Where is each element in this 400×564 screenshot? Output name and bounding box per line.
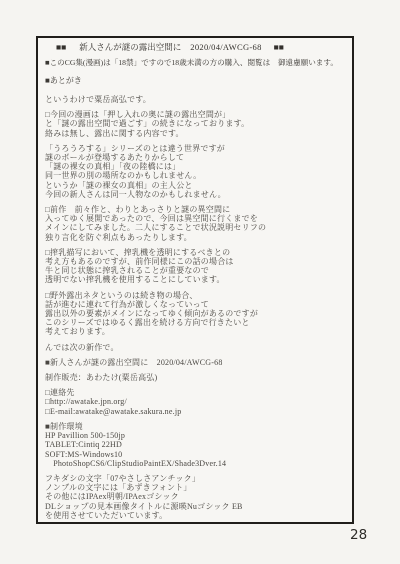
title-header: ■■新人さんが謎の露出空間に2020/04/AWCG-68■■ bbox=[45, 42, 347, 52]
text-line: メインにしてみました。二人にすることで状況説明セリフの bbox=[45, 223, 347, 232]
text-line: というわけで粟岳高弘です。 bbox=[45, 95, 347, 104]
paragraph: ■制作環境HP Pavillion 500-150jpTABLET:Cintiq… bbox=[45, 422, 347, 468]
text-line: ノンブルの文字には「あずきフォント」 bbox=[45, 483, 347, 492]
text-line: □前作 前々作と、わりとあっさりと謎の異空間に bbox=[45, 205, 347, 214]
date-code: 2020/04/AWCG-68 bbox=[190, 42, 261, 52]
text-line: ■新人さんが謎の露出空間に 2020/04/AWCG-68 bbox=[45, 358, 347, 367]
text-line: 「うろうろする」シリーズのとは違う世界ですが bbox=[45, 144, 347, 153]
text-line: んでは次の新作で。 bbox=[45, 343, 347, 352]
paragraph: □前作 前々作と、わりとあっさりと謎の異空間に入ってゆく展開であったので、今回は… bbox=[45, 205, 347, 242]
text-line: 考えております。 bbox=[45, 327, 347, 336]
age-restriction-notice: ■このCG集(漫画)は「18禁」ですので18歳未満の方の購入、閲覧は 御遠慮願い… bbox=[45, 58, 347, 68]
header-left-marker: ■■ bbox=[56, 42, 66, 52]
text-line: 独り言化を防ぐ利点もあったりします。 bbox=[45, 233, 347, 242]
paragraph: というわけで粟岳高弘です。 bbox=[45, 95, 347, 104]
scan-page: ■■新人さんが謎の露出空間に2020/04/AWCG-68■■ ■このCG集(漫… bbox=[0, 0, 400, 564]
paragraph: □野外露出ネタというのは続き物の場合、話が進むに連れて行為が激しくなっていって露… bbox=[45, 291, 347, 337]
text-line: 絡みは無し、露出に関する内容です。 bbox=[45, 129, 347, 138]
paragraph: 制作販売：あわたけ(粟岳高弘) bbox=[45, 373, 347, 382]
text-line: □E-mail:awatake@awatake.sakura.ne.jp bbox=[45, 407, 347, 416]
header-right-marker: ■■ bbox=[274, 42, 284, 52]
text-line: フキダシの文字「07やさしさアンチック」 bbox=[45, 474, 347, 483]
text-line: 謎のボールが登場するあたりからして bbox=[45, 153, 347, 162]
paragraph: □搾乳描写において、搾乳機を透明にするべきとの考え方もあるのですが、前作同様にこ… bbox=[45, 248, 347, 285]
work-title: 新人さんが謎の露出空間に bbox=[79, 42, 181, 52]
text-line: 話が進むに連れて行為が激しくなっていって bbox=[45, 300, 347, 309]
afterword-heading: ■あとがき bbox=[45, 76, 347, 86]
page-number: 28 bbox=[350, 527, 367, 543]
text-line: というか「謎の裸女の真相」の主人公と bbox=[45, 181, 347, 190]
text-line: □連絡先 bbox=[45, 388, 347, 397]
paragraph: ■新人さんが謎の露出空間に 2020/04/AWCG-68 bbox=[45, 358, 347, 367]
text-line: 露出以外の要素がメインになってゆく傾向があるのですが bbox=[45, 309, 347, 318]
text-line: を使用させていただいています。 bbox=[45, 511, 347, 520]
text-line: SOFT:MS-Windows10 bbox=[45, 450, 347, 459]
text-line: ■制作環境 bbox=[45, 422, 347, 431]
text-line: 今回の新人さんは同一人物なのかもしれません。 bbox=[45, 190, 347, 199]
content-frame: ■■新人さんが謎の露出空間に2020/04/AWCG-68■■ ■このCG集(漫… bbox=[36, 36, 354, 524]
paragraph: □今回の漫画は「押し入れの奥に謎の露出空間が」と「謎の露出空間で過ごす」の続きに… bbox=[45, 110, 347, 138]
text-line: 制作販売：あわたけ(粟岳高弘) bbox=[45, 373, 347, 382]
paragraph: □連絡先□http://awatake.jpn.org/□E-mail:awat… bbox=[45, 388, 347, 416]
text-line: □http://awatake.jpn.org/ bbox=[45, 397, 347, 406]
text-line: と「謎の露出空間で過ごす」の続きになっております。 bbox=[45, 119, 347, 128]
paragraph: んでは次の新作で。 bbox=[45, 343, 347, 352]
text-line: HP Pavillion 500-150jp bbox=[45, 431, 347, 440]
text-line: 同一世界の別の場所なのかもしれません。 bbox=[45, 171, 347, 180]
text-line: 透明でない搾乳機を使用することにしています。 bbox=[45, 275, 347, 284]
paragraph: 「うろうろする」シリーズのとは違う世界ですが謎のボールが登場するあたりからして「… bbox=[45, 144, 347, 199]
paragraphs: というわけで粟岳高弘です。□今回の漫画は「押し入れの奥に謎の露出空間が」と「謎の… bbox=[45, 95, 347, 520]
paragraph: フキダシの文字「07やさしさアンチック」ノンブルの文字には「あずきフォント」その… bbox=[45, 474, 347, 520]
text-line: 考え方もあるのですが、前作同様にこの話の場合は bbox=[45, 257, 347, 266]
text-line: その他にはIPAex明朝/IPAexゴシック bbox=[45, 492, 347, 501]
text-line: TABLET:Cintiq 22HD bbox=[45, 440, 347, 449]
text-line: □搾乳描写において、搾乳機を透明にするべきとの bbox=[45, 248, 347, 257]
text-line: DLショップの見本画像タイトルに源暎Nuゴシック EB bbox=[45, 502, 347, 511]
text-line: □野外露出ネタというのは続き物の場合、 bbox=[45, 291, 347, 300]
text-line: PhotoShopCS6/ClipStudioPaintEX/Shade3Dve… bbox=[45, 459, 347, 468]
